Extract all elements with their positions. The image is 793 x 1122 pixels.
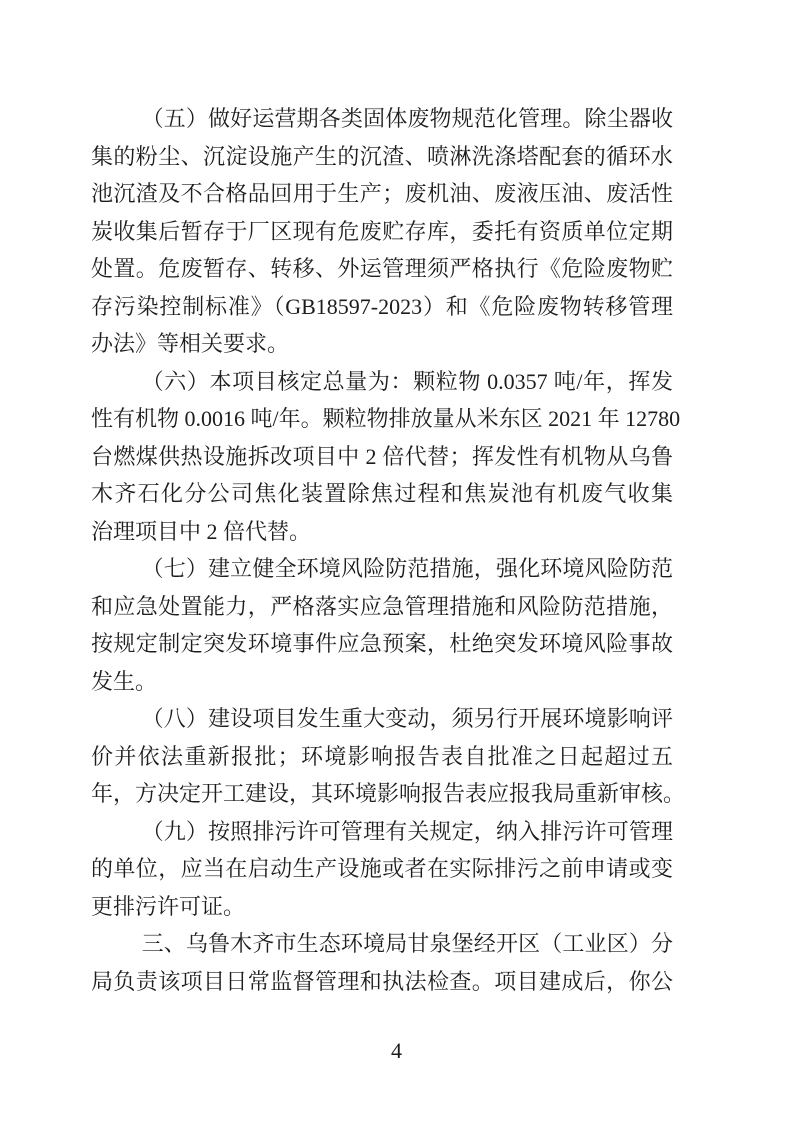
paragraph-6: （六）本项目核定总量为：颗粒物 0.0357 吨/年，挥发 性有机物 0.001…: [91, 363, 673, 551]
document-page: （五）做好运营期各类固体废物规范化管理。除尘器收 集的粉尘、沉淀设施产生的沉渣、…: [0, 0, 793, 1122]
text-line: 性有机物 0.0016 吨/年。颗粒物排放量从米东区 2021 年 12780: [91, 400, 673, 438]
text-line: 台燃煤供热设施拆改项目中 2 倍代替；挥发性有机物从乌鲁: [91, 438, 673, 476]
text-line: （七）建立健全环境风险防范措施，强化环境风险防范: [91, 550, 673, 588]
text-line: 按规定制定突发环境事件应急预案，杜绝突发环境风险事故: [91, 625, 673, 663]
document-body: （五）做好运营期各类固体废物规范化管理。除尘器收 集的粉尘、沉淀设施产生的沉渣、…: [91, 100, 673, 1000]
text-line: 存污染控制标准》（GB18597-2023）和《危险废物转移管理: [91, 288, 673, 326]
text-line: 局负责该项目日常监督管理和执法检查。项目建成后，你公: [91, 963, 673, 1001]
text-line: （九）按照排污许可管理有关规定，纳入排污许可管理: [91, 813, 673, 851]
text-line: 处置。危废暂存、转移、外运管理须严格执行《危险废物贮: [91, 250, 673, 288]
paragraph-5: （五）做好运营期各类固体废物规范化管理。除尘器收 集的粉尘、沉淀设施产生的沉渣、…: [91, 100, 673, 363]
paragraph-9: （九）按照排污许可管理有关规定，纳入排污许可管理 的单位，应当在启动生产设施或者…: [91, 813, 673, 926]
text-line: 池沉渣及不合格品回用于生产；废机油、废液压油、废活性: [91, 175, 673, 213]
text-line: 和应急处置能力，严格落实应急管理措施和风险防范措施，: [91, 588, 673, 626]
text-line: 价并依法重新报批；环境影响报告表自批准之日起超过五: [91, 738, 673, 776]
text-line: 治理项目中 2 倍代替。: [91, 513, 673, 551]
paragraph-8: （八）建设项目发生重大变动，须另行开展环境影响评 价并依法重新报批；环境影响报告…: [91, 700, 673, 813]
text-line: 集的粉尘、沉淀设施产生的沉渣、喷淋洗涤塔配套的循环水: [91, 138, 673, 176]
text-line: 发生。: [91, 663, 673, 701]
text-line: 三、乌鲁木齐市生态环境局甘泉堡经开区（工业区）分: [91, 925, 673, 963]
text-line: 年，方决定开工建设，其环境影响报告表应报我局重新审核。: [91, 775, 673, 813]
text-line: 炭收集后暂存于厂区现有危废贮存库，委托有资质单位定期: [91, 213, 673, 251]
paragraph-section-3: 三、乌鲁木齐市生态环境局甘泉堡经开区（工业区）分 局负责该项目日常监督管理和执法…: [91, 925, 673, 1000]
text-line: 的单位，应当在启动生产设施或者在实际排污之前申请或变: [91, 850, 673, 888]
page-number: 4: [0, 1036, 793, 1066]
text-line: 更排污许可证。: [91, 888, 673, 926]
paragraph-7: （七）建立健全环境风险防范措施，强化环境风险防范 和应急处置能力，严格落实应急管…: [91, 550, 673, 700]
text-line: 木齐石化分公司焦化装置除焦过程和焦炭池有机废气收集: [91, 475, 673, 513]
text-line: 办法》等相关要求。: [91, 325, 673, 363]
text-line: （八）建设项目发生重大变动，须另行开展环境影响评: [91, 700, 673, 738]
text-line: （六）本项目核定总量为：颗粒物 0.0357 吨/年，挥发: [91, 363, 673, 401]
text-line: （五）做好运营期各类固体废物规范化管理。除尘器收: [91, 100, 673, 138]
